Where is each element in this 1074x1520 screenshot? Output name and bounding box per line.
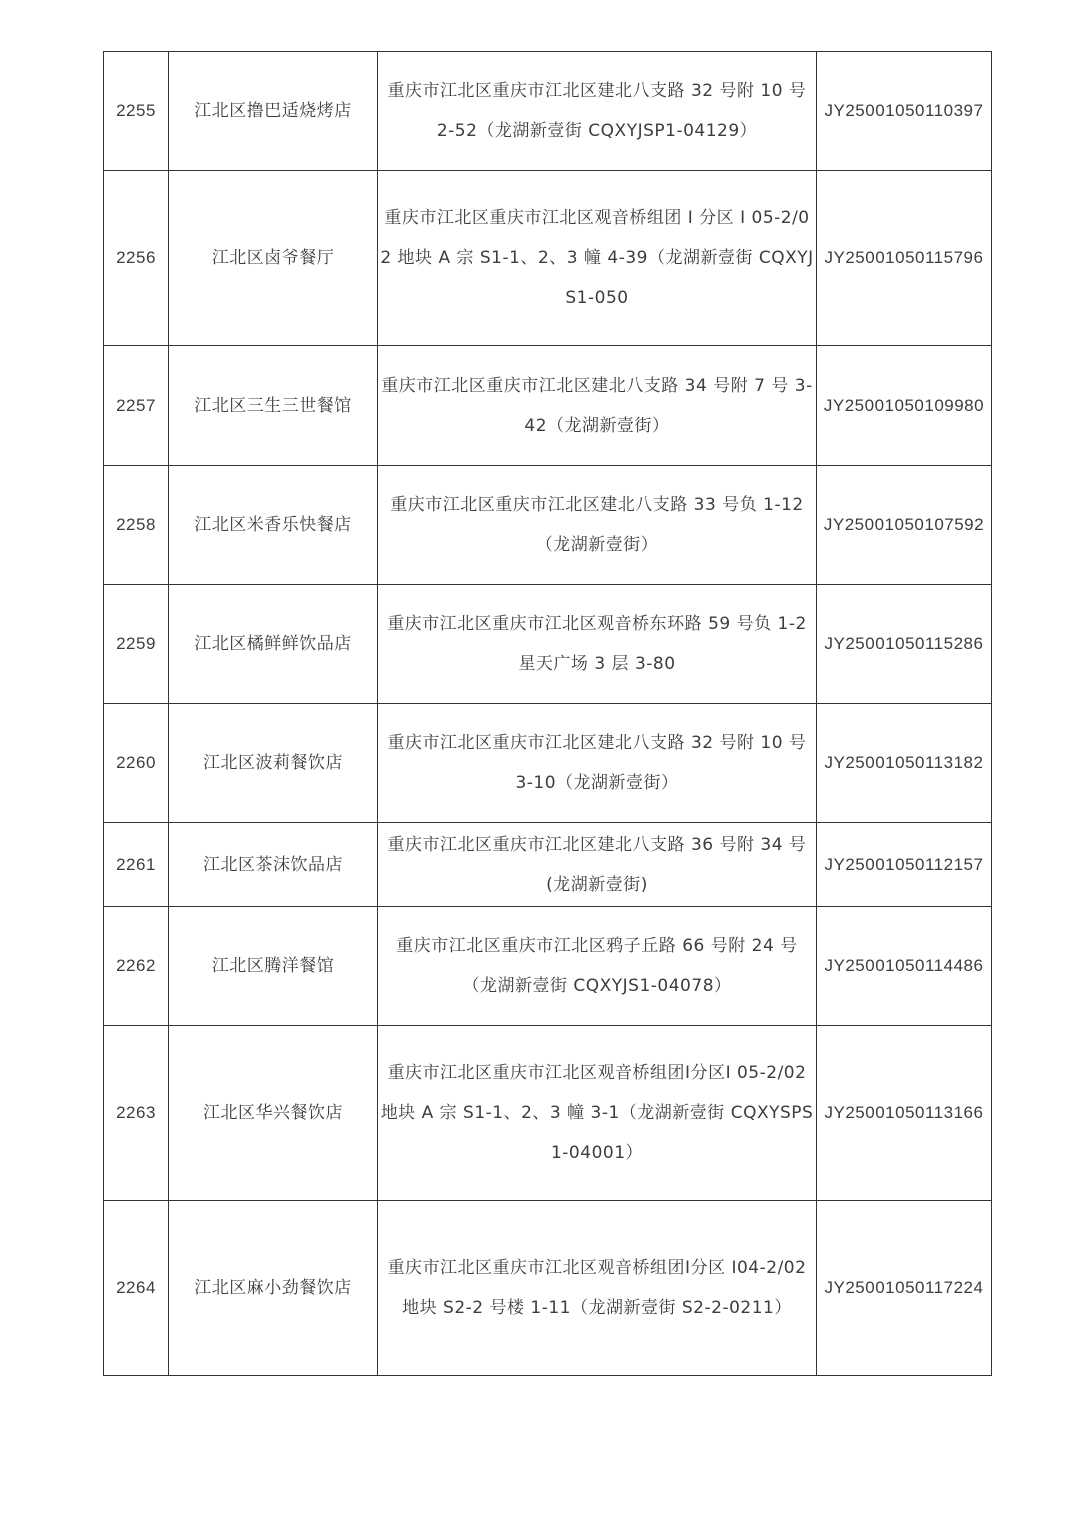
business-address: 重庆市江北区重庆市江北区建北八支路 33 号负 1-12（龙湖新壹街） [378, 466, 817, 585]
business-name: 江北区米香乐快餐店 [169, 466, 378, 585]
license-number: JY25001050115796 [817, 171, 992, 346]
table-row: 2264 江北区麻小劲餐饮店 重庆市江北区重庆市江北区观音桥组团Ⅰ分区 I04-… [104, 1201, 992, 1376]
business-name: 江北区橘鲜鲜饮品店 [169, 585, 378, 704]
business-address: 重庆市江北区重庆市江北区观音桥组团Ⅰ分区Ⅰ 05-2/02 地块 A 宗 S1-… [378, 1026, 817, 1201]
table-row: 2259 江北区橘鲜鲜饮品店 重庆市江北区重庆市江北区观音桥东环路 59 号负 … [104, 585, 992, 704]
row-number: 2260 [104, 704, 169, 823]
business-address: 重庆市江北区重庆市江北区观音桥组团 Ⅰ 分区 Ⅰ 05-2/02 地块 A 宗 … [378, 171, 817, 346]
row-number: 2263 [104, 1026, 169, 1201]
business-address: 重庆市江北区重庆市江北区观音桥组团Ⅰ分区 I04-2/02 地块 S2-2 号楼… [378, 1201, 817, 1376]
business-name: 江北区撸巴适烧烤店 [169, 52, 378, 171]
license-number: JY25001050109980 [817, 346, 992, 466]
business-name: 江北区茶沫饮品店 [169, 823, 378, 907]
business-name: 江北区三生三世餐馆 [169, 346, 378, 466]
row-number: 2264 [104, 1201, 169, 1376]
business-address: 重庆市江北区重庆市江北区建北八支路 32 号附 10 号 2-52（龙湖新壹街 … [378, 52, 817, 171]
business-name: 江北区华兴餐饮店 [169, 1026, 378, 1201]
row-number: 2262 [104, 907, 169, 1026]
business-address: 重庆市江北区重庆市江北区鸦子丘路 66 号附 24 号（龙湖新壹街 CQXYJS… [378, 907, 817, 1026]
row-number: 2257 [104, 346, 169, 466]
row-number: 2255 [104, 52, 169, 171]
business-name: 江北区麻小劲餐饮店 [169, 1201, 378, 1376]
table-row: 2262 江北区腾洋餐馆 重庆市江北区重庆市江北区鸦子丘路 66 号附 24 号… [104, 907, 992, 1026]
table-row: 2258 江北区米香乐快餐店 重庆市江北区重庆市江北区建北八支路 33 号负 1… [104, 466, 992, 585]
business-name: 江北区腾洋餐馆 [169, 907, 378, 1026]
license-number: JY25001050113166 [817, 1026, 992, 1201]
license-number: JY25001050110397 [817, 52, 992, 171]
row-number: 2261 [104, 823, 169, 907]
license-number: JY25001050115286 [817, 585, 992, 704]
table-row: 2263 江北区华兴餐饮店 重庆市江北区重庆市江北区观音桥组团Ⅰ分区Ⅰ 05-2… [104, 1026, 992, 1201]
business-address: 重庆市江北区重庆市江北区建北八支路 34 号附 7 号 3-42（龙湖新壹街） [378, 346, 817, 466]
license-table: 2255 江北区撸巴适烧烤店 重庆市江北区重庆市江北区建北八支路 32 号附 1… [103, 51, 992, 1376]
license-number: JY25001050107592 [817, 466, 992, 585]
table-row: 2255 江北区撸巴适烧烤店 重庆市江北区重庆市江北区建北八支路 32 号附 1… [104, 52, 992, 171]
business-address: 重庆市江北区重庆市江北区建北八支路 32 号附 10 号 3-10（龙湖新壹街） [378, 704, 817, 823]
table-row: 2260 江北区波莉餐饮店 重庆市江北区重庆市江北区建北八支路 32 号附 10… [104, 704, 992, 823]
row-number: 2259 [104, 585, 169, 704]
table-row: 2256 江北区卤爷餐厅 重庆市江北区重庆市江北区观音桥组团 Ⅰ 分区 Ⅰ 05… [104, 171, 992, 346]
business-name: 江北区波莉餐饮店 [169, 704, 378, 823]
business-name: 江北区卤爷餐厅 [169, 171, 378, 346]
license-number: JY25001050113182 [817, 704, 992, 823]
business-address: 重庆市江北区重庆市江北区观音桥东环路 59 号负 1-2 星天广场 3 层 3-… [378, 585, 817, 704]
license-number: JY25001050117224 [817, 1201, 992, 1376]
license-number: JY25001050114486 [817, 907, 992, 1026]
row-number: 2258 [104, 466, 169, 585]
table-row: 2257 江北区三生三世餐馆 重庆市江北区重庆市江北区建北八支路 34 号附 7… [104, 346, 992, 466]
row-number: 2256 [104, 171, 169, 346]
license-number: JY25001050112157 [817, 823, 992, 907]
business-address: 重庆市江北区重庆市江北区建北八支路 36 号附 34 号(龙湖新壹街) [378, 823, 817, 907]
table-row: 2261 江北区茶沫饮品店 重庆市江北区重庆市江北区建北八支路 36 号附 34… [104, 823, 992, 907]
